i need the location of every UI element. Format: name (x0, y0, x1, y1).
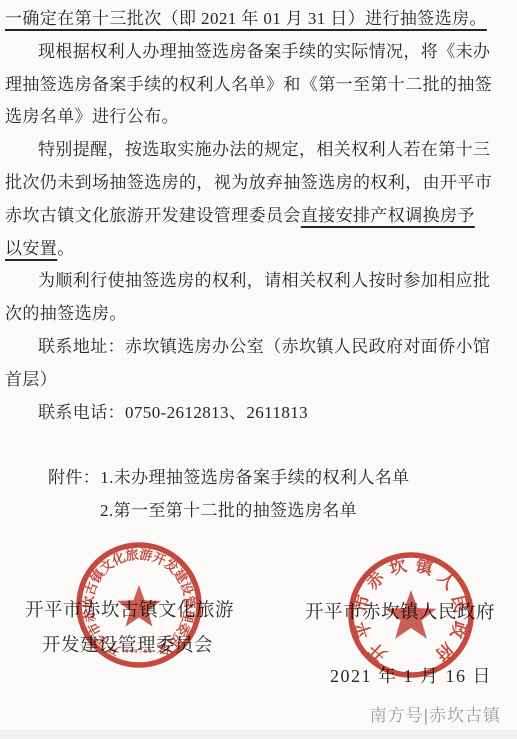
text-run: 特别提醒，按选取实施办法的规定，相关权利人若在第十三 (38, 140, 490, 159)
seal-ring-char: 旅 (125, 547, 140, 564)
text-run: 为顺利行使抽签选房的权利，请相关权利人按时参加相应批 (38, 271, 490, 290)
document-line: 2.第一至第十二批的抽签选房名单 (5, 495, 511, 528)
document-line: 批次仍未到场抽签选房的，视为放弃抽签选房的权利，由开平市 (5, 167, 511, 200)
document-body: 一确定在第十三批次（即 2021 年 01 月 31 日）进行抽签选房。现根据权… (5, 3, 511, 528)
text-run: 附件：1.未办理抽签选房备案手续的权利人名单 (48, 468, 410, 487)
text-run: 现根据权利人办理抽签选房备案手续的实际情况，将《未办 (38, 42, 490, 61)
document-line: 联系地址：赤坎镇选房办公室（赤坎镇人民政府对面侨小馆 (5, 331, 511, 364)
underlined-text: 以安置 (5, 239, 57, 258)
underlined-text: 直接安排产权调换房予 (301, 206, 475, 225)
document-line: 首层） (5, 364, 511, 397)
text-run: 首层） (5, 370, 57, 389)
seal-ring-char: 赤 (362, 566, 389, 593)
document-line: 赤坎古镇文化旅游开发建设管理委员会直接安排产权调换房予 (5, 200, 511, 233)
document-line: 次的抽签选房。 (5, 298, 511, 331)
official-seal-right: 开平市赤坎镇人民政府 (345, 549, 477, 681)
text-run: 联系地址：赤坎镇选房办公室（赤坎镇人民政府对面侨小馆 (38, 337, 490, 356)
document-line: 为顺利行使抽签选房的权利，请相关权利人按时参加相应批 (5, 265, 511, 298)
seal-ring-char: 府 (431, 639, 457, 665)
seal-ring-char: 管 (182, 595, 198, 609)
star-icon (117, 585, 161, 627)
footer-bar (0, 730, 517, 739)
star-icon (385, 590, 436, 639)
text-run: 理抽签选房备案手续的权利人名单》和《第一至第十二批的抽签 (5, 75, 492, 94)
document-line: 理抽签选房备案手续的权利人名单》和《第一至第十二批的抽签 (5, 69, 511, 102)
seal-ring-char: 市 (351, 593, 374, 614)
seal-ring-char: 民 (448, 593, 470, 614)
document-line: 一确定在第十三批次（即 2021 年 01 月 31 日）进行抽签选房。 (5, 3, 511, 36)
text-run: 赤坎古镇文化旅游开发建设管理委员会 (5, 206, 301, 225)
document-line: 以安置。 (5, 233, 511, 266)
watermark: 南方号|赤坎古镇 (370, 701, 501, 726)
text-run: 。 (57, 239, 74, 258)
text-run: 联系电话：0750-2612813、2611813 (38, 403, 308, 422)
document-line (5, 429, 511, 462)
official-seal-left: 440783 开平市赤坎古镇文化旅游开发建设管理委员会 (73, 539, 205, 671)
document-line: 现根据权利人办理抽签选房备案手续的实际情况，将《未办 (5, 36, 511, 69)
text-run: 批次仍未到场抽签选房的，视为放弃抽签选房的权利，由开平市 (5, 173, 492, 192)
underlined-text: 一确定在第十三批次（即 2021 年 01 月 31 日）进行抽签选房。 (5, 9, 487, 28)
text-run: 2.第一至第十二批的抽签选房名单 (100, 501, 357, 520)
document-line: 联系电话：0750-2612813、2611813 (5, 397, 511, 430)
document-line: 选房名单》进行公布。 (5, 101, 511, 134)
text-run: 次的抽签选房。 (5, 304, 127, 323)
text-run: 选房名单》进行公布。 (5, 107, 179, 126)
document-line: 附件：1.未办理抽签选房备案手续的权利人名单 (5, 462, 511, 495)
document-line: 特别提醒，按选取实施办法的规定，相关权利人若在第十三 (5, 134, 511, 167)
seal-code: 440783 (125, 648, 154, 655)
